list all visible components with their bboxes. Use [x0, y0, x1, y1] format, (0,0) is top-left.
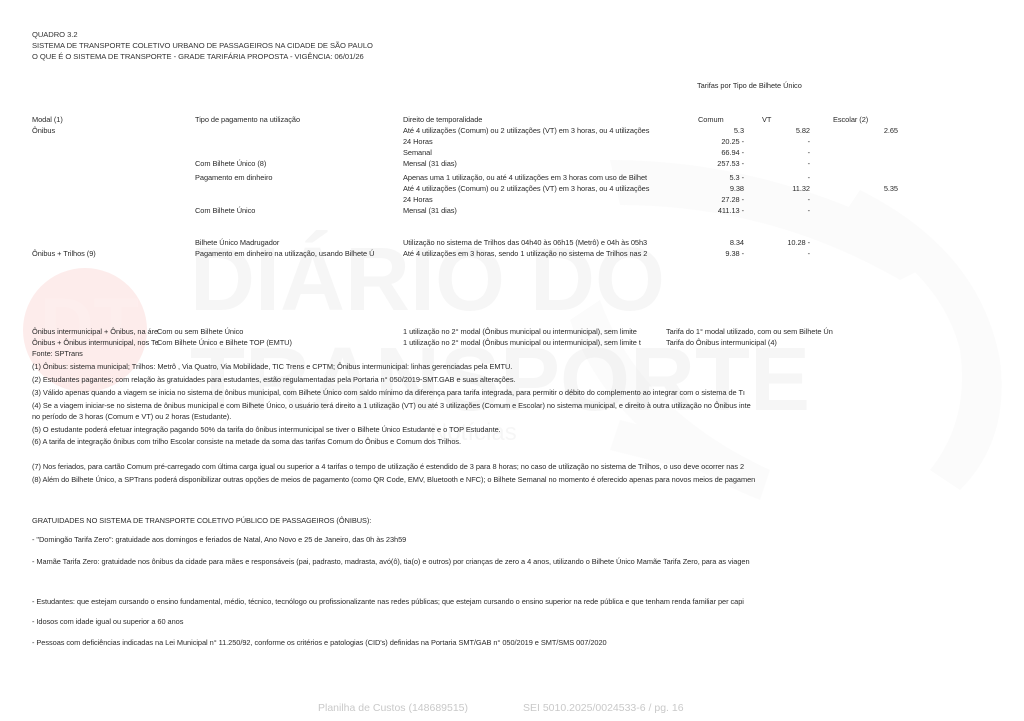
footnote-item: (2) Estudantes pagantes; com relação às …: [32, 375, 516, 385]
col-header-right: Direito de temporalidade: [403, 115, 482, 125]
cell-payment-type: Com Bilhete Único: [195, 206, 255, 216]
gratuidade-item: - Idosos com idade igual ou superior a 6…: [32, 617, 183, 627]
cell-vt: -: [808, 173, 810, 183]
cell-tariff: Tarifa do Ônibus intermunicipal (4): [666, 338, 777, 348]
source-note: Fonte: SPTrans: [32, 349, 83, 359]
cell-vt: -: [808, 137, 810, 147]
cell-comum: 66.94 -: [721, 148, 744, 158]
cell-payment-type: Com Bilhete Único (8): [195, 159, 266, 169]
tariff-group-header: Tarifas por Tipo de Bilhete Único: [697, 81, 802, 91]
cell-temporality: Até 4 utilizações (Comum) ou 2 utilizaçõ…: [403, 126, 649, 136]
footer-spreadsheet-ref: Planilha de Custos (148689515): [318, 702, 468, 714]
footnote-item: (7) Nos feriados, para cartão Comum pré-…: [32, 462, 744, 472]
cell-modal: Ônibus: [32, 126, 55, 136]
cell-vt: -: [808, 159, 810, 169]
cell-vt: -: [808, 148, 810, 158]
gratuidade-item: - Pessoas com deficiências indicadas na …: [32, 638, 607, 648]
footnote-item: (4) Se a viagem iniciar-se no sistema de…: [32, 401, 751, 411]
cell-vt: 5.82: [796, 126, 810, 136]
cell-temporality: 1 utilização no 2° modal (Ônibus municip…: [403, 338, 641, 348]
cell-vt: -: [808, 249, 810, 259]
cell-comum: 9.38 -: [725, 249, 744, 259]
cell-temporality: Até 4 utilizações em 3 horas, sendo 1 ut…: [403, 249, 647, 259]
quadro-label: QUADRO 3.2: [32, 30, 78, 40]
cell-temporality: Utilização no sistema de Trilhos das 04h…: [403, 238, 647, 248]
cell-payment-type: Com ou sem Bilhete Único: [157, 327, 243, 337]
footnote-item: (6) A tarifa de integração ônibus com tr…: [32, 437, 461, 447]
cell-temporality: 24 Horas: [403, 137, 433, 147]
cell-temporality: Mensal (31 dias): [403, 159, 457, 169]
gratuidade-item: - "Domingão Tarifa Zero": gratuidade aos…: [32, 535, 406, 545]
cell-comum: 257.53 -: [717, 159, 744, 169]
cell-temporality: Semanal: [403, 148, 432, 158]
gratuidade-item: - Mamãe Tarifa Zero: gratuidade nos ônib…: [32, 557, 750, 567]
gratuidades-title: GRATUIDADES NO SISTEMA DE TRANSPORTE COL…: [32, 516, 371, 526]
cell-temporality: 1 utilização no 2° modal (Ônibus municip…: [403, 327, 637, 337]
col-header-escolar: Escolar (2): [833, 115, 868, 125]
cell-comum: 5.3: [734, 126, 744, 136]
footer-sei-ref: SEI 5010.2025/0024533-6 / pg. 16: [523, 702, 684, 714]
footnote-item: (5) O estudante poderá efetuar integraçã…: [32, 425, 501, 435]
footnote-item: (1) Ônibus: sistema municipal; Trilhos: …: [32, 362, 512, 372]
footnote-item: (8) Além do Bilhete Único, a SPTrans pod…: [32, 475, 755, 485]
cell-payment-type: Bilhete Único Madrugador: [195, 238, 279, 248]
cell-modal: Ônibus intermunicipal + Ônibus, na áre: [32, 327, 158, 337]
cell-tariff: Tarifa do 1° modal utilizado, com ou sem…: [666, 327, 833, 337]
cell-comum: 411.13 -: [718, 206, 744, 216]
cell-comum: 27.28 -: [721, 195, 744, 205]
cell-comum: 8.34: [730, 238, 744, 248]
cell-comum: 9.38: [730, 184, 744, 194]
cell-temporality: Mensal (31 dias): [403, 206, 457, 216]
document-title: SISTEMA DE TRANSPORTE COLETIVO URBANO DE…: [32, 41, 373, 51]
document-subtitle: O QUE É O SISTEMA DE TRANSPORTE - GRADE …: [32, 52, 364, 62]
cell-temporality: Apenas uma 1 utilização, ou até 4 utiliz…: [403, 173, 647, 183]
cell-payment-type: Pagamento em dinheiro na utilização, usa…: [195, 249, 374, 259]
cell-vt: -: [808, 206, 810, 216]
cell-escolar: 5.35: [884, 184, 898, 194]
cell-comum: 5.3 -: [729, 173, 744, 183]
cell-payment-type: Com Bilhete Único e Bilhete TOP (EMTU): [157, 338, 292, 348]
col-header-comum: Comum: [698, 115, 724, 125]
cell-temporality: Até 4 utilizações (Comum) ou 2 utilizaçõ…: [403, 184, 649, 194]
col-header-modal: Modal (1): [32, 115, 63, 125]
cell-modal: Ônibus + Trilhos (9): [32, 249, 96, 259]
col-header-payment: Tipo de pagamento na utilização: [195, 115, 300, 125]
cell-vt: 11.32: [792, 184, 810, 194]
cell-comum: 20.25 -: [721, 137, 744, 147]
cell-escolar: 2.65: [884, 126, 898, 136]
cell-temporality: 24 Horas: [403, 195, 433, 205]
col-header-vt: VT: [762, 115, 771, 125]
cell-vt: -: [808, 195, 810, 205]
gratuidade-item: - Estudantes: que estejam cursando o ens…: [32, 597, 744, 607]
footnote-item: no período de 3 horas (Comum e VT) ou 2 …: [32, 412, 231, 422]
cell-vt: 10.28 -: [787, 238, 810, 248]
footnote-item: (3) Válido apenas quando a viagem se ini…: [32, 388, 745, 398]
cell-modal: Ônibus + Ônibus intermunicipal, nos Te: [32, 338, 159, 348]
cell-payment-type: Pagamento em dinheiro: [195, 173, 272, 183]
document-page: DT DIÁRIO DO TRANSPORTE Notícias QUADRO …: [0, 0, 1024, 721]
watermark-logo: DT DIÁRIO DO TRANSPORTE Notícias: [0, 0, 1024, 721]
